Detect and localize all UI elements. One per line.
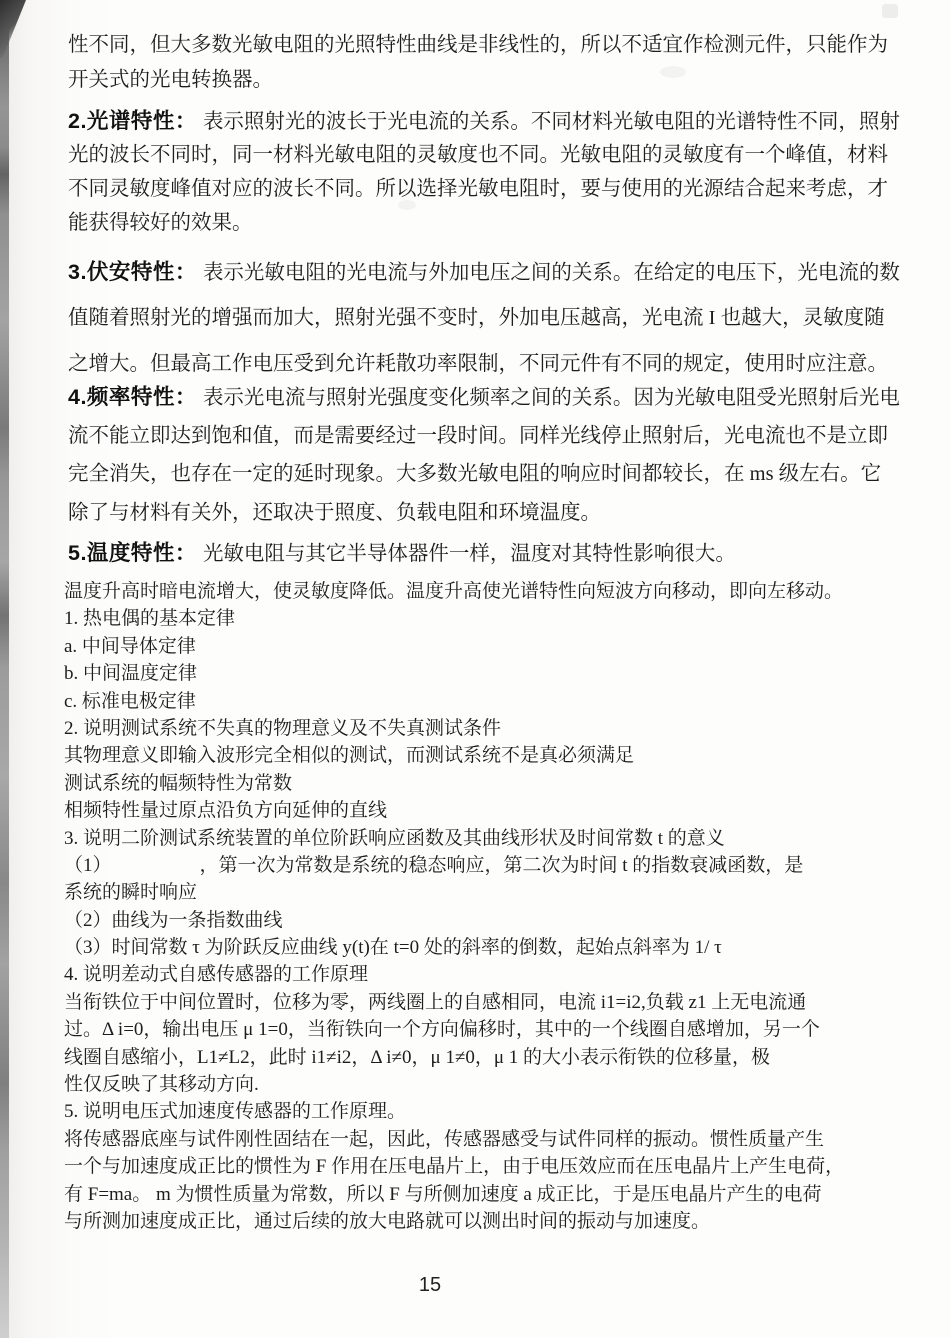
text-line: 不同灵敏度峰值对应的波长不同。所以选择光敏电阻时，要与使用的光源结合起来考虑，才 (68, 172, 902, 206)
text-line: 相频特性量过原点沿负方向延伸的直线 (64, 797, 898, 824)
text-line: 4.频率特性：表示光电流与照射光强度变化频率之间的关系。因为光敏电阻受光照射后光… (68, 378, 902, 417)
text-line: 性不同，但大多数光敏电阻的光照特性曲线是非线性的，所以不适宜作检测元件，只能作为 (68, 28, 902, 63)
text-line: 4. 说明差动式自感传感器的工作原理 (64, 961, 898, 988)
review-notes-block: 温度升高时暗电流增大，使灵敏度降低。温度升高使光谱特性向短波方向移动，即向左移动… (64, 578, 898, 1235)
text-line: 3.伏安特性：表示光敏电阻的光电流与外加电压之间的关系。在给定的电压下，光电流的… (68, 249, 902, 295)
section-text: 光敏电阻与其它半导体器件一样，温度对其特性影响很大。 (203, 543, 736, 565)
text-line: a. 中间导体定律 (64, 633, 898, 660)
scanned-document-page: 性不同，但大多数光敏电阻的光照特性曲线是非线性的，所以不适宜作检测元件，只能作为… (0, 0, 950, 1338)
section-spectral-characteristics: 2.光谱特性：表示照射光的波长于光电流的关系。不同材料光敏电阻的光谱特性不同，照… (68, 104, 902, 240)
text-line-with-blank: （1），第一次为常数是系统的稳态响应，第二次为时间 t 的指数衰减函数，是 (64, 852, 898, 879)
text-line: 完全消失，也存在一定的延时现象。大多数光敏电阻的响应时间都较长，在 ms 级左右… (68, 455, 902, 494)
text-line: 2. 说明测试系统不失真的物理意义及不失真测试条件 (64, 715, 898, 742)
text-line: 能获得较好的效果。 (68, 206, 902, 240)
text-line: 5. 说明电压式加速度传感器的工作原理。 (64, 1098, 898, 1125)
text-line: 流不能立即达到饱和值，而是需要经过一段时间。同样光线停止照射后，光电流也不是立即 (68, 417, 902, 456)
scan-edge-shadow (0, 0, 9, 1338)
text-line: 开关式的光电转换器。 (68, 63, 902, 98)
text-line: 温度升高时暗电流增大，使灵敏度降低。温度升高使光谱特性向短波方向移动，即向左移动… (64, 578, 898, 605)
text-line: 除了与材料有关外，还取决于照度、负载电阻和环境温度。 (68, 494, 902, 533)
section-heading: 2.光谱特性： (68, 109, 197, 133)
text-line: b. 中间温度定律 (64, 660, 898, 687)
text-line: 值随着照射光的增强而加大，照射光强不变时，外加电压越高，光电流 I 也越大，灵敏… (68, 295, 902, 341)
text-line: 将传感器底座与试件刚性固结在一起，因此，传感器感受与试件同样的振动。惯性质量产生 (64, 1126, 898, 1153)
section-text: 表示光敏电阻的光电流与外加电压之间的关系。在给定的电压下，光电流的数 (203, 262, 900, 284)
section-frequency-characteristics: 4.频率特性：表示光电流与照射光强度变化频率之间的关系。因为光敏电阻受光照射后光… (68, 378, 902, 532)
section-text: 表示照射光的波长于光电流的关系。不同材料光敏电阻的光谱特性不同，照射 (203, 111, 900, 133)
text-line: 线圈自感缩小，L1≠L2，此时 i1≠i2，Δ i≠0，μ 1≠0，μ 1 的大… (64, 1044, 898, 1071)
text-line: c. 标准电极定律 (64, 688, 898, 715)
section-temperature-characteristics: 5.温度特性：光敏电阻与其它半导体器件一样，温度对其特性影响很大。 (68, 536, 902, 570)
text-line: 一个与加速度成正比的惯性为 F 作用在压电晶片上，由于电压效应而在压电晶片上产生… (64, 1153, 898, 1180)
text-line: （3）时间常数 τ 为阶跃反应曲线 y(t)在 t=0 处的斜率的倒数，起始点斜… (64, 934, 898, 961)
text-line: 5.温度特性：光敏电阻与其它半导体器件一样，温度对其特性影响很大。 (68, 536, 902, 570)
scan-smudge (882, 4, 898, 18)
section-heading: 5.温度特性： (68, 541, 197, 565)
text-line: 2.光谱特性：表示照射光的波长于光电流的关系。不同材料光敏电阻的光谱特性不同，照… (68, 104, 902, 138)
text-line: 3. 说明二阶测试系统装置的单位阶跃响应函数及其曲线形状及时间常数 t 的意义 (64, 825, 898, 852)
text-line: 当衔铁位于中间位置时，位移为零，两线圈上的自感相同，电流 i1=i2,负载 z1… (64, 989, 898, 1016)
text-line: 测试系统的幅频特性为常数 (64, 770, 898, 797)
section-heading: 3.伏安特性： (68, 260, 197, 284)
list-marker: （1） (64, 855, 112, 876)
text-line: 光的波长不同时，同一材料光敏电阻的灵敏度也不同。光敏电阻的灵敏度有一个峰值，材料 (68, 138, 902, 172)
text-line: （2）曲线为一条指数曲线 (64, 907, 898, 934)
section-text: ，第一次为常数是系统的稳态响应，第二次为时间 t 的指数衰减函数，是 (200, 855, 804, 876)
text-line: 其物理意义即输入波形完全相似的测试，而测试系统不是真必须满足 (64, 742, 898, 769)
paragraph-continuation: 性不同，但大多数光敏电阻的光照特性曲线是非线性的，所以不适宜作检测元件，只能作为… (68, 28, 902, 98)
text-line: 系统的瞬时响应 (64, 879, 898, 906)
text-line: 过。Δ i=0，输出电压 μ 1=0，当衔铁向一个方向偏移时，其中的一个线圈自感… (64, 1016, 898, 1043)
page-number: 15 (400, 1274, 460, 1302)
section-volt-ampere-characteristics: 3.伏安特性：表示光敏电阻的光电流与外加电压之间的关系。在给定的电压下，光电流的… (68, 249, 902, 387)
section-heading: 4.频率特性： (68, 385, 197, 409)
text-line: 有 F=ma。 m 为惯性质量为常数，所以 F 与所侧加速度 a 成正比，于是压… (64, 1181, 898, 1208)
text-line: 性仅反映了其移动方向. (64, 1071, 898, 1098)
text-line: 与所测加速度成正比，通过后续的放大电路就可以测出时间的振动与加速度。 (64, 1208, 898, 1235)
text-line: 1. 热电偶的基本定律 (64, 605, 898, 632)
section-text: 表示光电流与照射光强度变化频率之间的关系。因为光敏电阻受光照射后光电 (203, 387, 900, 409)
scan-corner-mark (0, 0, 26, 58)
